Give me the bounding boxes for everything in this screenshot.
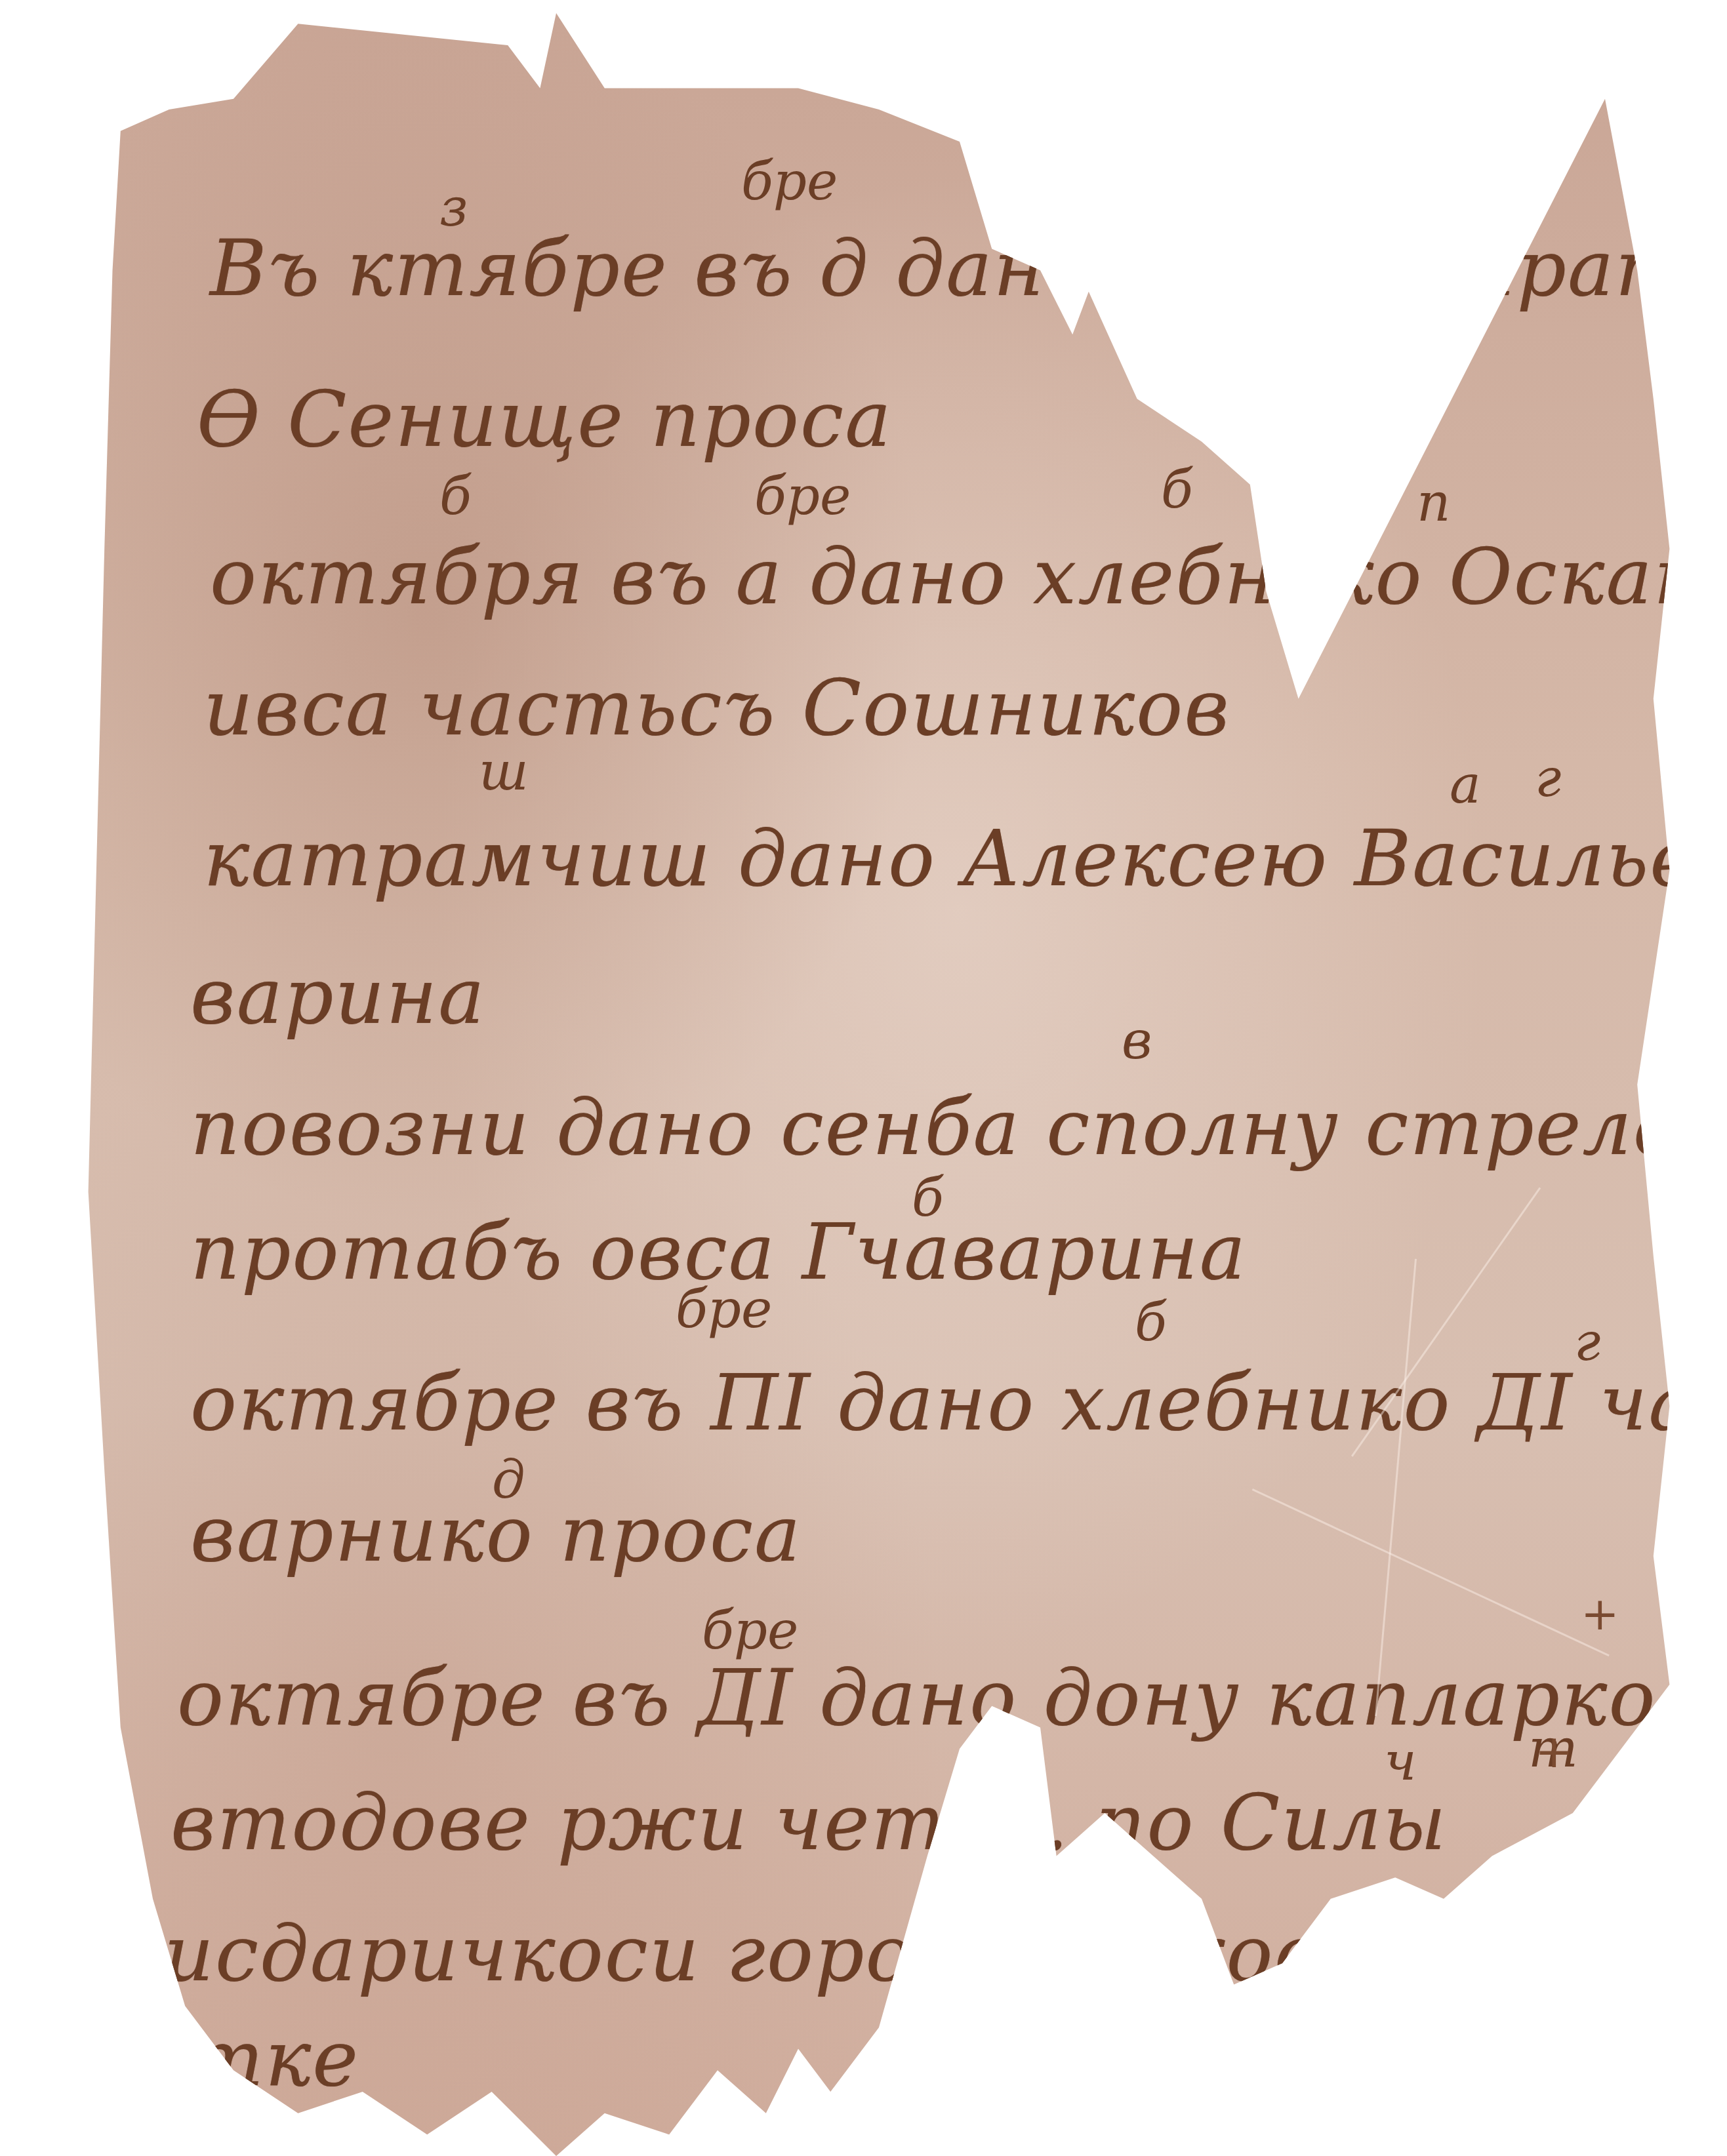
superscript: б [1161,459,1193,520]
superscript: б [912,1167,944,1228]
line-3: октября въ а дано хлебнико Осканаси [210,538,1727,615]
superscript: г [1574,1311,1600,1372]
line-9: октябре въ ПІ дано хлебнико ДІ ча [190,1364,1696,1441]
superscript: бре [702,1600,798,1661]
handwriting: Въ ктябре въ д дано стаду Саратинко Ѳ Се… [72,13,1686,2156]
superscript: б [1135,1292,1167,1353]
margin-cross-mark: + [1535,1725,1574,1778]
superscript: бре [741,151,838,212]
superscript: п [1417,472,1451,533]
superscript: б [439,466,472,527]
line-11: октябре въ ДІ дано дону капларко [177,1659,1657,1736]
line-1: Въ ктябре въ д дано стаду Саратинко [210,230,1727,307]
superscript: бре [676,1279,772,1340]
line-14: тке [190,2020,359,2097]
line-6: варина [190,957,486,1035]
line-4: ивса частьсъ Сошников [203,669,1230,746]
margin-cross-mark: + [1627,184,1665,237]
line-5: катрамчиш дано Алексею Васильеву тяпоса [203,820,1727,897]
line-2: Ѳ Сенище проса [197,380,893,458]
superscript: а [1450,754,1481,815]
superscript: х [1135,177,1164,238]
line-12: втодове ржи четв... по Силы [171,1784,1448,1861]
superscript: ш [479,741,529,802]
line-7: повозни дано сенба сполну стрелецкому [190,1088,1727,1166]
superscript: ч [1384,1731,1417,1792]
margin-cross-mark: + [1581,1587,1619,1641]
line-13: исдаричкоси гороху ... скоси [164,1915,1370,1992]
superscript: бре [754,466,851,527]
superscript: в [1122,1010,1152,1071]
superscript: з [439,177,468,238]
superscript: д [492,1449,525,1510]
superscript: г [1535,748,1561,808]
manuscript-leaf: Въ ктябре въ д дано стаду Саратинко Ѳ Се… [72,13,1686,2156]
